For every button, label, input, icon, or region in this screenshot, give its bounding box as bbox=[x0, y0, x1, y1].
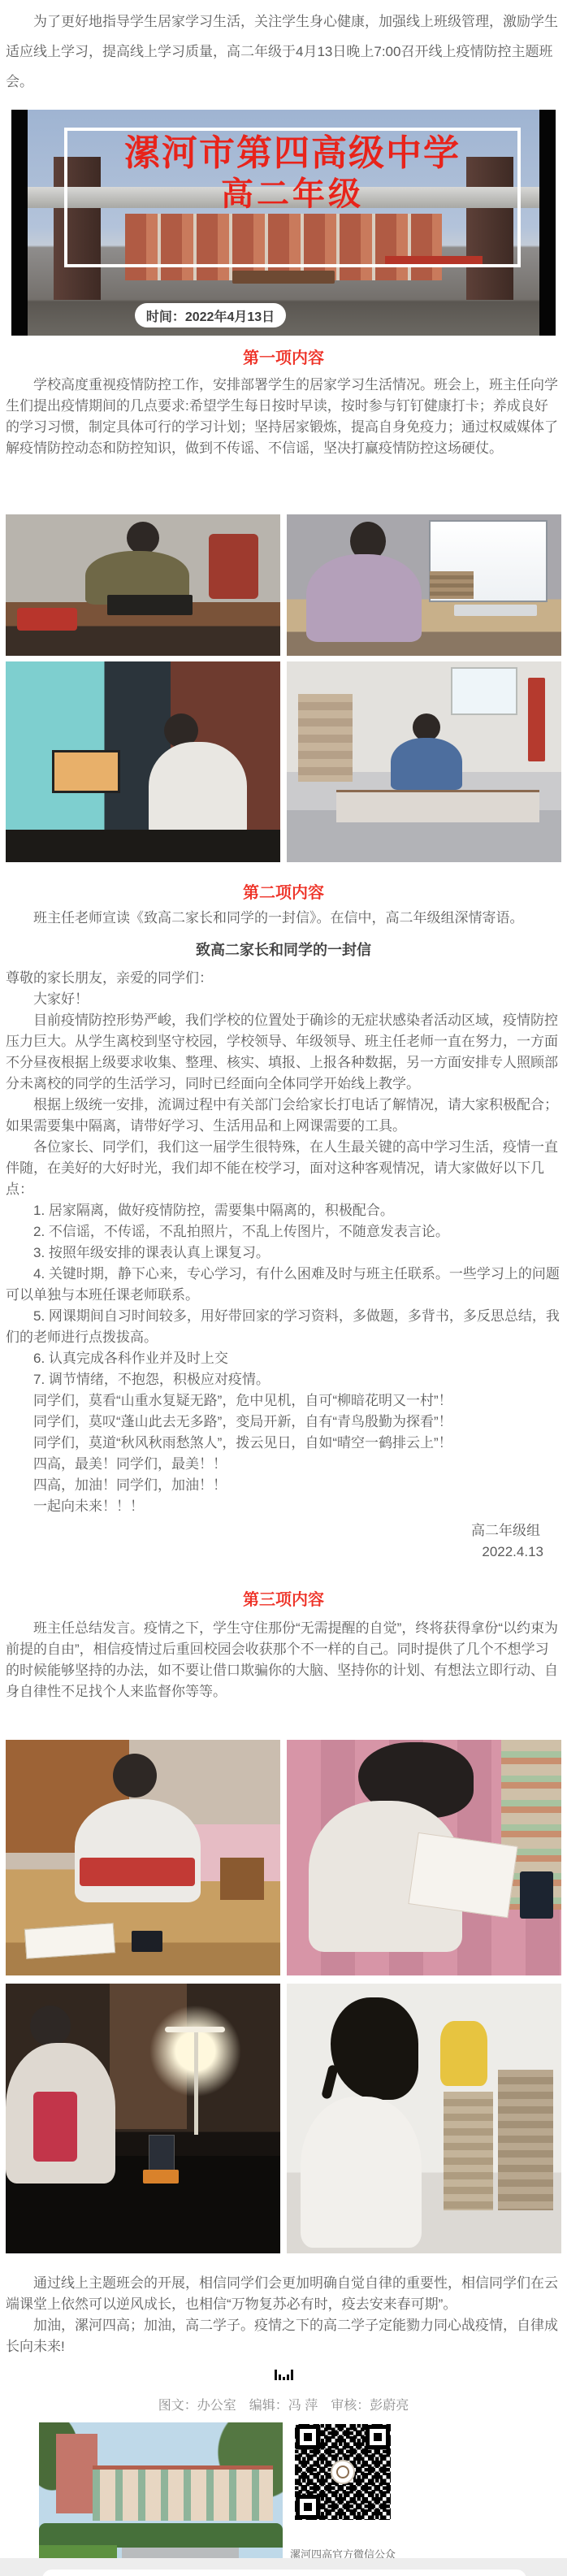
section2-heading: 第二项内容 bbox=[6, 882, 561, 904]
red-chair bbox=[209, 534, 258, 599]
phone bbox=[132, 1931, 162, 1952]
letter-greeting: 大家好！ bbox=[6, 989, 561, 1010]
section1-heading: 第一项内容 bbox=[6, 347, 561, 370]
student-torso bbox=[301, 2097, 422, 2248]
person-torso bbox=[149, 742, 248, 839]
photo-teacher-laptop[interactable] bbox=[6, 514, 280, 656]
office-desk bbox=[336, 790, 539, 822]
qr-finder-icon bbox=[300, 2499, 316, 2515]
letter-slogan: 同学们，莫叹“蓬山此去无多路”，变局开新，自有“青鸟殷勤为探看”！ bbox=[6, 1412, 561, 1433]
letter-cheer: 四高，加油！同学们，加油！！ bbox=[6, 1475, 561, 1496]
letter-slogan: 同学们，莫道“秋风秋雨愁煞人”，拨云见日，自如“晴空一鹤排云上”！ bbox=[6, 1433, 561, 1454]
comment-input[interactable] bbox=[42, 2569, 526, 2576]
photo-student-books[interactable] bbox=[287, 1984, 561, 2253]
homework-paper bbox=[409, 1832, 518, 1918]
student-head bbox=[30, 2006, 71, 2046]
student-torso bbox=[75, 1799, 201, 1903]
end-barcode-icon bbox=[6, 2367, 561, 2380]
letter-item: 2. 不信谣，不传谣，不乱拍照片，不乱上传图片，不随意发表言论。 bbox=[6, 1221, 561, 1242]
banner-title: 漯河市第四高级中学 高二年级 bbox=[64, 132, 521, 214]
footer: 漯河四高官方微信公众号 bbox=[6, 2422, 561, 2576]
photo-leader-office[interactable] bbox=[287, 661, 561, 862]
letter-item: 6. 认真完成各科作业并及时上交 bbox=[6, 1348, 561, 1369]
qr-finder-icon bbox=[370, 2429, 386, 2445]
comment-band bbox=[0, 2558, 567, 2576]
lamp-pole bbox=[194, 2032, 198, 2135]
banner-image[interactable]: 漯河市第四高级中学 高二年级 时间：2022年4月13日 bbox=[11, 110, 556, 336]
shelf bbox=[298, 694, 353, 783]
photo-teacher-home-night[interactable] bbox=[6, 661, 280, 862]
uniform-red-band bbox=[80, 1858, 195, 1886]
photo-student-writing[interactable] bbox=[287, 1740, 561, 1975]
phone-stand bbox=[143, 2170, 179, 2184]
letter-cheer: 四高，最美！同学们，最美！！ bbox=[6, 1454, 561, 1475]
section3-photo-grid bbox=[6, 1740, 561, 2253]
letter-date: 2022.4.13 bbox=[6, 1542, 561, 1563]
credits-line: 图文：办公室 编辑：冯 萍 审核：彭蔚亮 bbox=[6, 2398, 561, 2414]
section1-paragraph: 学校高度重视疫情防控工作，安排部署学生的居家学习生活情况。班会上，班主任向学生们… bbox=[6, 375, 561, 459]
phone-screen bbox=[149, 2135, 175, 2174]
photo-student-uniform-desk[interactable] bbox=[6, 1740, 280, 1975]
section3-paragraph: 班主任总结发言。疫情之下，学生守住那份“无需提醒的自觉”，终将获得拿份“以约束为… bbox=[6, 1618, 561, 1702]
section3-heading: 第三项内容 bbox=[6, 1589, 561, 1611]
person-torso bbox=[306, 554, 422, 642]
person-head bbox=[127, 522, 159, 554]
red-mousepad bbox=[17, 608, 77, 631]
intro-paragraph: 为了更好地指导学生居家学习生活，关注学生身心健康，加强线上班级管理，激励学生适应… bbox=[6, 7, 561, 97]
letter-paragraph: 根据上级统一安排，流调过程中有关部门会给家长打电话了解情况，请大家积极配合；如果… bbox=[6, 1095, 561, 1137]
window bbox=[451, 667, 517, 714]
colonnade-building bbox=[93, 2465, 273, 2521]
qr-center-logo bbox=[331, 2460, 355, 2484]
old-campus-photo[interactable] bbox=[39, 2422, 283, 2565]
article-body: 为了更好地指导学生居家学习生活，关注学生身心健康，加强线上班级管理，激励学生适应… bbox=[0, 7, 567, 2576]
monitor-glow bbox=[52, 750, 120, 793]
yellow-bag bbox=[440, 2021, 487, 2086]
student-head bbox=[113, 1754, 157, 1798]
person-torso bbox=[391, 738, 462, 790]
ponytail bbox=[321, 2064, 339, 2100]
closing-paragraph-2: 加油，漯河四高；加油，高二学子。疫情之下的高二学子定能勠力同心战疫情，自律成长向… bbox=[6, 2315, 561, 2357]
banner-time-pill: 时间：2022年4月13日 bbox=[135, 303, 286, 327]
photo-student-lamp-night[interactable] bbox=[6, 1984, 280, 2253]
letter-signature: 高二年级组 bbox=[6, 1520, 561, 1542]
gate-name-board bbox=[232, 271, 335, 284]
letter-item: 1. 居家隔离，做好疫情防控，需要集中隔离的，积极配合。 bbox=[6, 1200, 561, 1221]
student-hair bbox=[331, 1997, 418, 2100]
red-flag bbox=[528, 678, 544, 762]
letter-title: 致高二家长和同学的一封信 bbox=[6, 939, 561, 961]
photo-teacher-desktop[interactable] bbox=[287, 514, 561, 656]
qr-finder-icon bbox=[300, 2429, 316, 2445]
letter-paragraph: 目前疫情防控形势严峻，我们学校的位置处于确诊的无症状感染者活动区域，疫情防控压力… bbox=[6, 1010, 561, 1095]
nightstand bbox=[220, 1858, 264, 1900]
letter-salutation: 尊敬的家长朋友，亲爱的同学们： bbox=[6, 968, 561, 989]
letter-item: 4. 关键时期，静下心来，专心学习，有什么困难及时与班主任联系。一些学习上的问题… bbox=[6, 1264, 561, 1306]
uniform-red-panel bbox=[33, 2092, 77, 2162]
pink-tower bbox=[56, 2434, 97, 2513]
letter-item: 5. 网课期间自习时间较多，用好带回家的学习资料，多做题，多背书，多反思总结，我… bbox=[6, 1306, 561, 1348]
section2-intro: 班主任老师宣读《致高二家长和同学的一封信》。在信中，高二年级组深情寄语。 bbox=[6, 908, 561, 929]
letter-slogan: 同学们，莫看“山重水复疑无路”，危中见机，自可“柳暗花明又一村”！ bbox=[6, 1390, 561, 1412]
keyboard bbox=[454, 605, 536, 616]
letter-item: 3. 按照年级安排的课表认真上课复习。 bbox=[6, 1242, 561, 1264]
letter-block: 致高二家长和同学的一封信 尊敬的家长朋友，亲爱的同学们： 大家好！ 目前疫情防控… bbox=[6, 939, 561, 1563]
qr-code[interactable] bbox=[295, 2424, 391, 2520]
banner-school-name: 漯河市第四高级中学 bbox=[64, 132, 521, 175]
letter-paragraph: 各位家长、同学们，我们这一届学生很特殊，在人生最关键的高中学习生活，疫情一直伴随… bbox=[6, 1137, 561, 1200]
notebook bbox=[24, 1923, 115, 1958]
letter-cheer: 一起向未来！！！ bbox=[6, 1496, 561, 1517]
phone-on-stand bbox=[520, 1871, 553, 1919]
book-stack-right bbox=[498, 2070, 553, 2210]
laptop bbox=[107, 595, 193, 614]
book-stack bbox=[430, 571, 474, 600]
section1-photo-grid bbox=[6, 514, 561, 862]
letter-item: 7. 调节情绪，不抱怨，积极应对疫情。 bbox=[6, 1369, 561, 1390]
book-stack-left bbox=[444, 2092, 493, 2210]
closing-paragraph-1: 通过线上主题班会的开展，相信同学们会更加明确自觉自律的重要性，相信同学们在云端课… bbox=[6, 2273, 561, 2315]
banner-grade-name: 高二年级 bbox=[64, 175, 521, 214]
desk-dark bbox=[6, 830, 280, 862]
